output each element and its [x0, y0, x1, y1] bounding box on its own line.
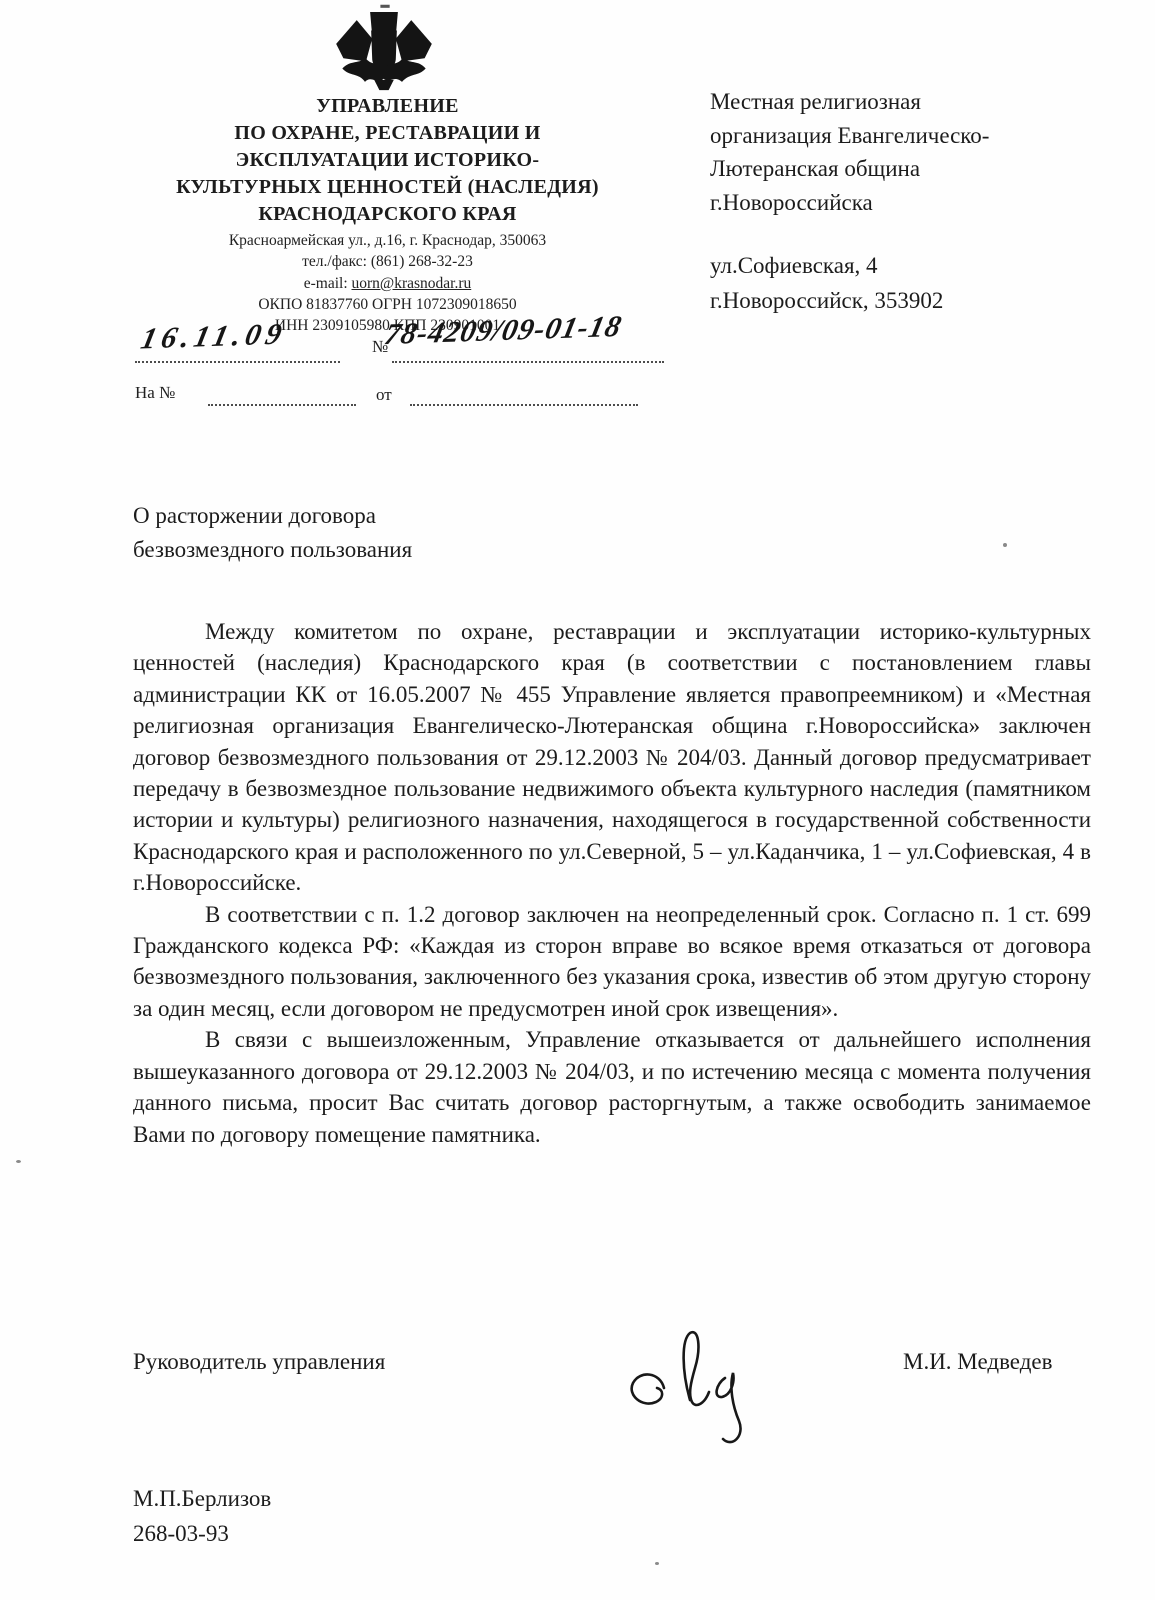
reply-to-number-label: На № [135, 383, 175, 403]
scan-artifact [16, 1160, 21, 1163]
handwritten-signature [612, 1310, 772, 1452]
sender-email-line: e-mail: uorn@krasnodar.ru [120, 273, 655, 294]
sender-phone: тел./факс: (861) 268-32-23 [120, 251, 655, 272]
org-name-line: КУЛЬТУРНЫХ ЦЕННОСТЕЙ (НАСЛЕДИЯ) [120, 174, 655, 201]
body-paragraph-3: В связи с вышеизложенным, Управление отк… [133, 1024, 1091, 1150]
subject-line: О расторжении договора [133, 499, 613, 533]
number-dotted-line [392, 361, 664, 363]
email-label: e-mail: [304, 275, 352, 292]
executor-phone: 268-03-93 [133, 1516, 271, 1551]
handwritten-date: 16.11.09 [138, 318, 290, 357]
executor-name: М.П.Берлизов [133, 1481, 271, 1516]
scanned-letter-page: УПРАВЛЕНИЕ ПО ОХРАНЕ, РЕСТАВРАЦИИ И ЭКСП… [0, 0, 1155, 1600]
body-paragraph-2: В соответствии с п. 1.2 договор заключен… [133, 899, 1091, 1025]
addressee-street: ул.Софиевская, 4 [710, 248, 1055, 283]
org-name-line: УПРАВЛЕНИЕ [120, 93, 655, 120]
addressee-line: организация Евангелическо- [710, 119, 1055, 153]
reply-date-dotted-line [410, 404, 638, 406]
handwritten-outgoing-number: 78-4209/09-01-18 [381, 310, 624, 352]
org-name-line: ПО ОХРАНЕ, РЕСТАВРАЦИИ И [120, 120, 655, 147]
letter-body: Между комитетом по охране, реставрации и… [133, 616, 1091, 1150]
signatory-name: М.И. Медведев [903, 1349, 1052, 1375]
letter-subject: О расторжении договора безвозмездного по… [133, 499, 613, 567]
sender-postal-address: Красноармейская ул., д.16, г. Краснодар,… [120, 230, 655, 251]
addressee-address-block: ул.Софиевская, 4 г.Новороссийск, 353902 [710, 248, 1055, 318]
org-name-line: КРАСНОДАРСКОГО КРАЯ [120, 201, 655, 228]
scan-artifact [1003, 543, 1007, 547]
signatory-position: Руководитель управления [133, 1349, 385, 1375]
addressee-line: Лютеранская община [710, 152, 1055, 186]
org-name-line: ЭКСПЛУАТАЦИИ ИСТОРИКО- [120, 147, 655, 174]
subject-line: безвозмездного пользования [133, 533, 613, 567]
sender-email: uorn@krasnodar.ru [352, 275, 472, 292]
reply-number-dotted-line [208, 404, 356, 406]
coat-of-arms-icon [330, 4, 438, 96]
addressee-block: Местная религиозная организация Евангели… [710, 85, 1055, 219]
date-dotted-line [135, 361, 340, 363]
addressee-city-zip: г.Новороссийск, 353902 [710, 283, 1055, 318]
addressee-line: Местная религиозная [710, 85, 1055, 119]
reply-from-label: от [376, 385, 392, 405]
scan-artifact [655, 1562, 659, 1565]
sender-org-name: УПРАВЛЕНИЕ ПО ОХРАНЕ, РЕСТАВРАЦИИ И ЭКСП… [120, 93, 655, 228]
executor-block: М.П.Берлизов 268-03-93 [133, 1481, 271, 1551]
body-paragraph-1: Между комитетом по охране, реставрации и… [133, 616, 1091, 899]
addressee-line: г.Новороссийска [710, 186, 1055, 220]
